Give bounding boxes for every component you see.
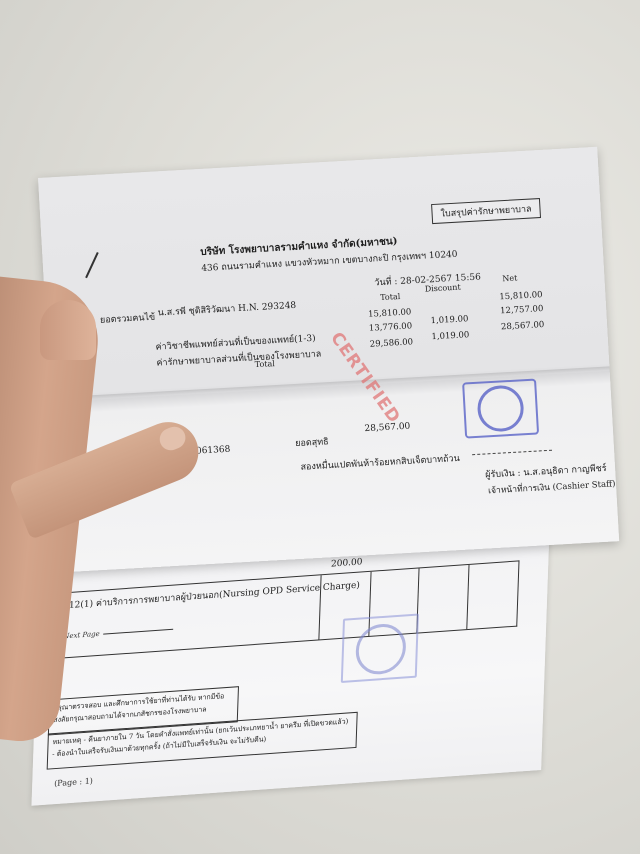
document-title: ใบสรุปค่ารักษาพยาบาล — [431, 198, 541, 224]
page-number: (Page : 1) — [54, 776, 93, 788]
item-amount-total: 200.00 — [331, 557, 363, 569]
patient-name: น.ส.รพี ชุติสิริวัฒนา H.N. 293248 — [157, 298, 296, 320]
table-divider — [466, 565, 469, 629]
receipt-summary-page: ใบสรุปค่ารักษาพยาบาล บริษัท โรงพยาบาลราม… — [38, 147, 619, 573]
row-net: 12,757.00 — [500, 304, 544, 316]
pen-mark — [85, 252, 99, 278]
net-amount: 28,567.00 — [364, 422, 410, 435]
row-discount: 1,019.00 — [430, 314, 468, 326]
hospital-stamp — [341, 613, 419, 683]
index-finger — [40, 300, 96, 360]
item-table-row — [56, 560, 519, 659]
amount-in-words: สองหมื่นแปดพันห้าร้อยหกสิบเจ็ดบาทถ้วน — [300, 451, 460, 474]
thumbnail — [156, 423, 188, 453]
patient-label: ยอดรวมคนไข้ — [100, 310, 156, 327]
column-header-net: Net — [502, 273, 517, 283]
hospital-stamp — [462, 379, 539, 439]
signature-line — [472, 450, 552, 455]
row-net: 28,567.00 — [501, 320, 545, 332]
row-discount: 1,019.00 — [431, 330, 469, 342]
row-total: 13,776.00 — [369, 321, 413, 333]
total-label: Total — [255, 359, 276, 369]
row-total: 29,586.00 — [370, 337, 414, 349]
net-label: ยอดสุทธิ — [295, 434, 329, 450]
row-net: 15,810.00 — [499, 290, 543, 302]
row-total: 15,810.00 — [368, 307, 412, 319]
column-header-total: Total — [380, 292, 401, 302]
column-header-discount: Discount — [425, 283, 461, 294]
